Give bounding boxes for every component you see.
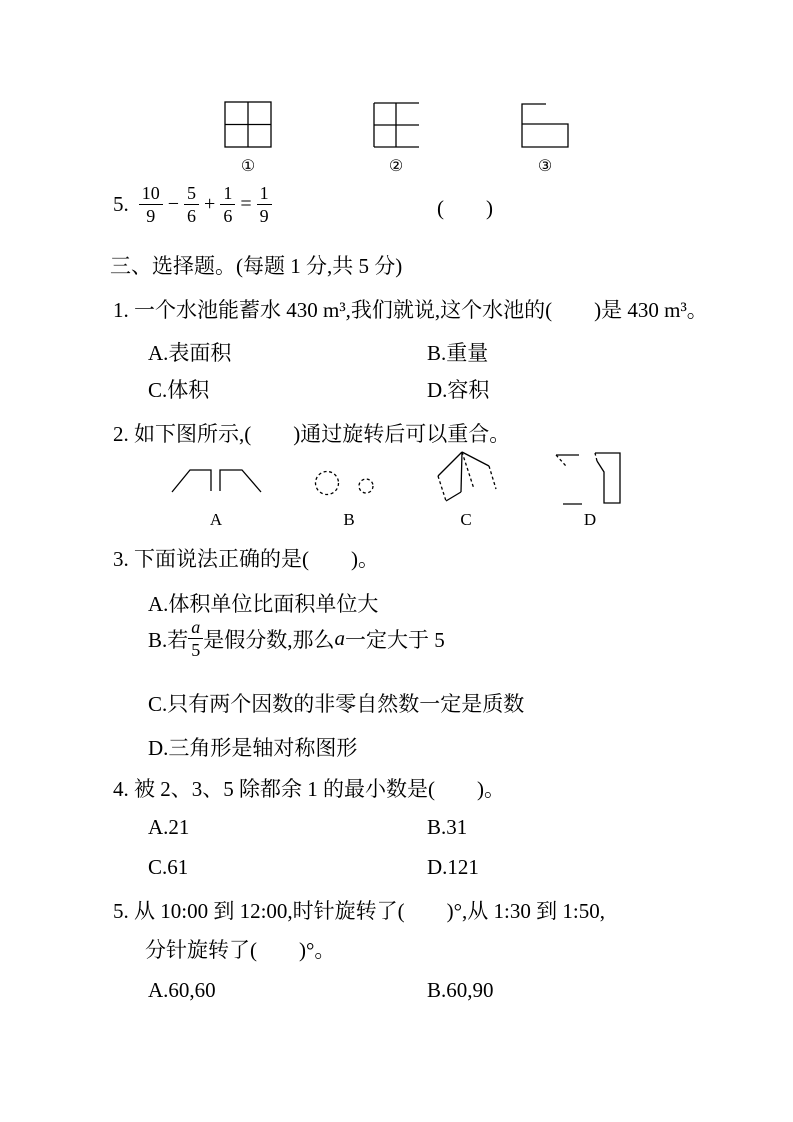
rotation-figure-d (556, 453, 620, 504)
question-4-option-c: C.61 (148, 855, 188, 880)
question-5-text-line1: 5. 从 10:00 到 12:00,时针旋转了( )°,从 1:30 到 1:… (113, 895, 605, 925)
question-4-option-b: B.31 (427, 815, 467, 840)
question-3-text: 3. 下面说法正确的是( )。 (113, 543, 379, 573)
question-1-option-b: B.重量 (427, 337, 488, 367)
option-b-prefix: B.若 (148, 624, 188, 654)
question-1-option-d: D.容积 (427, 374, 489, 404)
exam-paper-page: ① ② ③ 5. 10 9 − 5 6 + 1 6 = 1 9 ( ) (0, 0, 793, 1122)
figure-3-six-shape (522, 104, 568, 147)
question-3-option-a: A.体积单位比面积单位大 (148, 588, 378, 618)
fraction-5-over-6: 5 6 (184, 184, 199, 226)
question-2-figures: A B C D (160, 448, 650, 533)
figure-2-open-grid (374, 103, 419, 147)
fraction-a-over-5: a 5 (188, 618, 203, 660)
question-4-option-d: D.121 (427, 855, 479, 880)
minus-operator: − (168, 193, 179, 216)
rotation-figure-c-label: C (460, 510, 471, 529)
figure-1-label: ① (241, 158, 255, 175)
rotation-figure-d-label: D (584, 510, 596, 529)
option-b-mid: 是假分数,那么 (203, 624, 334, 654)
fraction-10-over-9: 10 9 (139, 184, 163, 226)
rotation-figure-a (172, 470, 261, 492)
question-1-option-a: A.表面积 (148, 337, 231, 367)
question-4-option-a: A.21 (148, 815, 189, 840)
equals-operator: = (240, 193, 251, 216)
option-b-tail: 一定大于 5 (345, 624, 445, 654)
rotation-figure-a-label: A (210, 510, 223, 529)
question-5-option-a: A.60,60 (148, 978, 216, 1003)
rotation-figure-b (316, 472, 374, 495)
judge-question-number: 5. (113, 192, 129, 217)
question-4-text: 4. 被 2、3、5 除都余 1 的最小数是( )。 (113, 773, 505, 803)
fraction-1-over-9: 1 9 (257, 184, 272, 226)
rotation-figure-b-label: B (343, 510, 354, 529)
option-b-variable: a (335, 626, 346, 651)
question-2-text: 2. 如下图所示,( )通过旋转后可以重合。 (113, 418, 510, 448)
fraction-1-over-6: 1 6 (220, 184, 235, 226)
question-3-option-b: B.若 a 5 是假分数,那么 a 一定大于 5 (148, 618, 445, 660)
question-5-option-b: B.60,90 (427, 978, 494, 1003)
question-3-option-c: C.只有两个因数的非零自然数一定是质数 (148, 688, 524, 718)
rotation-figure-c (438, 452, 496, 501)
question-5-text-line2: 分针旋转了( )°。 (145, 934, 335, 964)
top-figures-row: ① ② ③ (150, 95, 620, 180)
figure-3-label: ③ (538, 158, 552, 175)
plus-operator: + (204, 193, 215, 216)
question-1-text: 1. 一个水池能蓄水 430 m³,我们就说,这个水池的( )是 430 m³。 (113, 294, 708, 324)
judge-question-5: 5. 10 9 − 5 6 + 1 6 = 1 9 (113, 184, 272, 226)
figure-1-four-square-grid (225, 102, 271, 147)
question-3-option-d: D.三角形是轴对称图形 (148, 732, 357, 762)
figure-2-label: ② (389, 158, 403, 175)
question-1-option-c: C.体积 (148, 374, 209, 404)
judge-answer-blank: ( ) (437, 192, 493, 222)
section-heading: 三、选择题。(每题 1 分,共 5 分) (110, 250, 402, 280)
